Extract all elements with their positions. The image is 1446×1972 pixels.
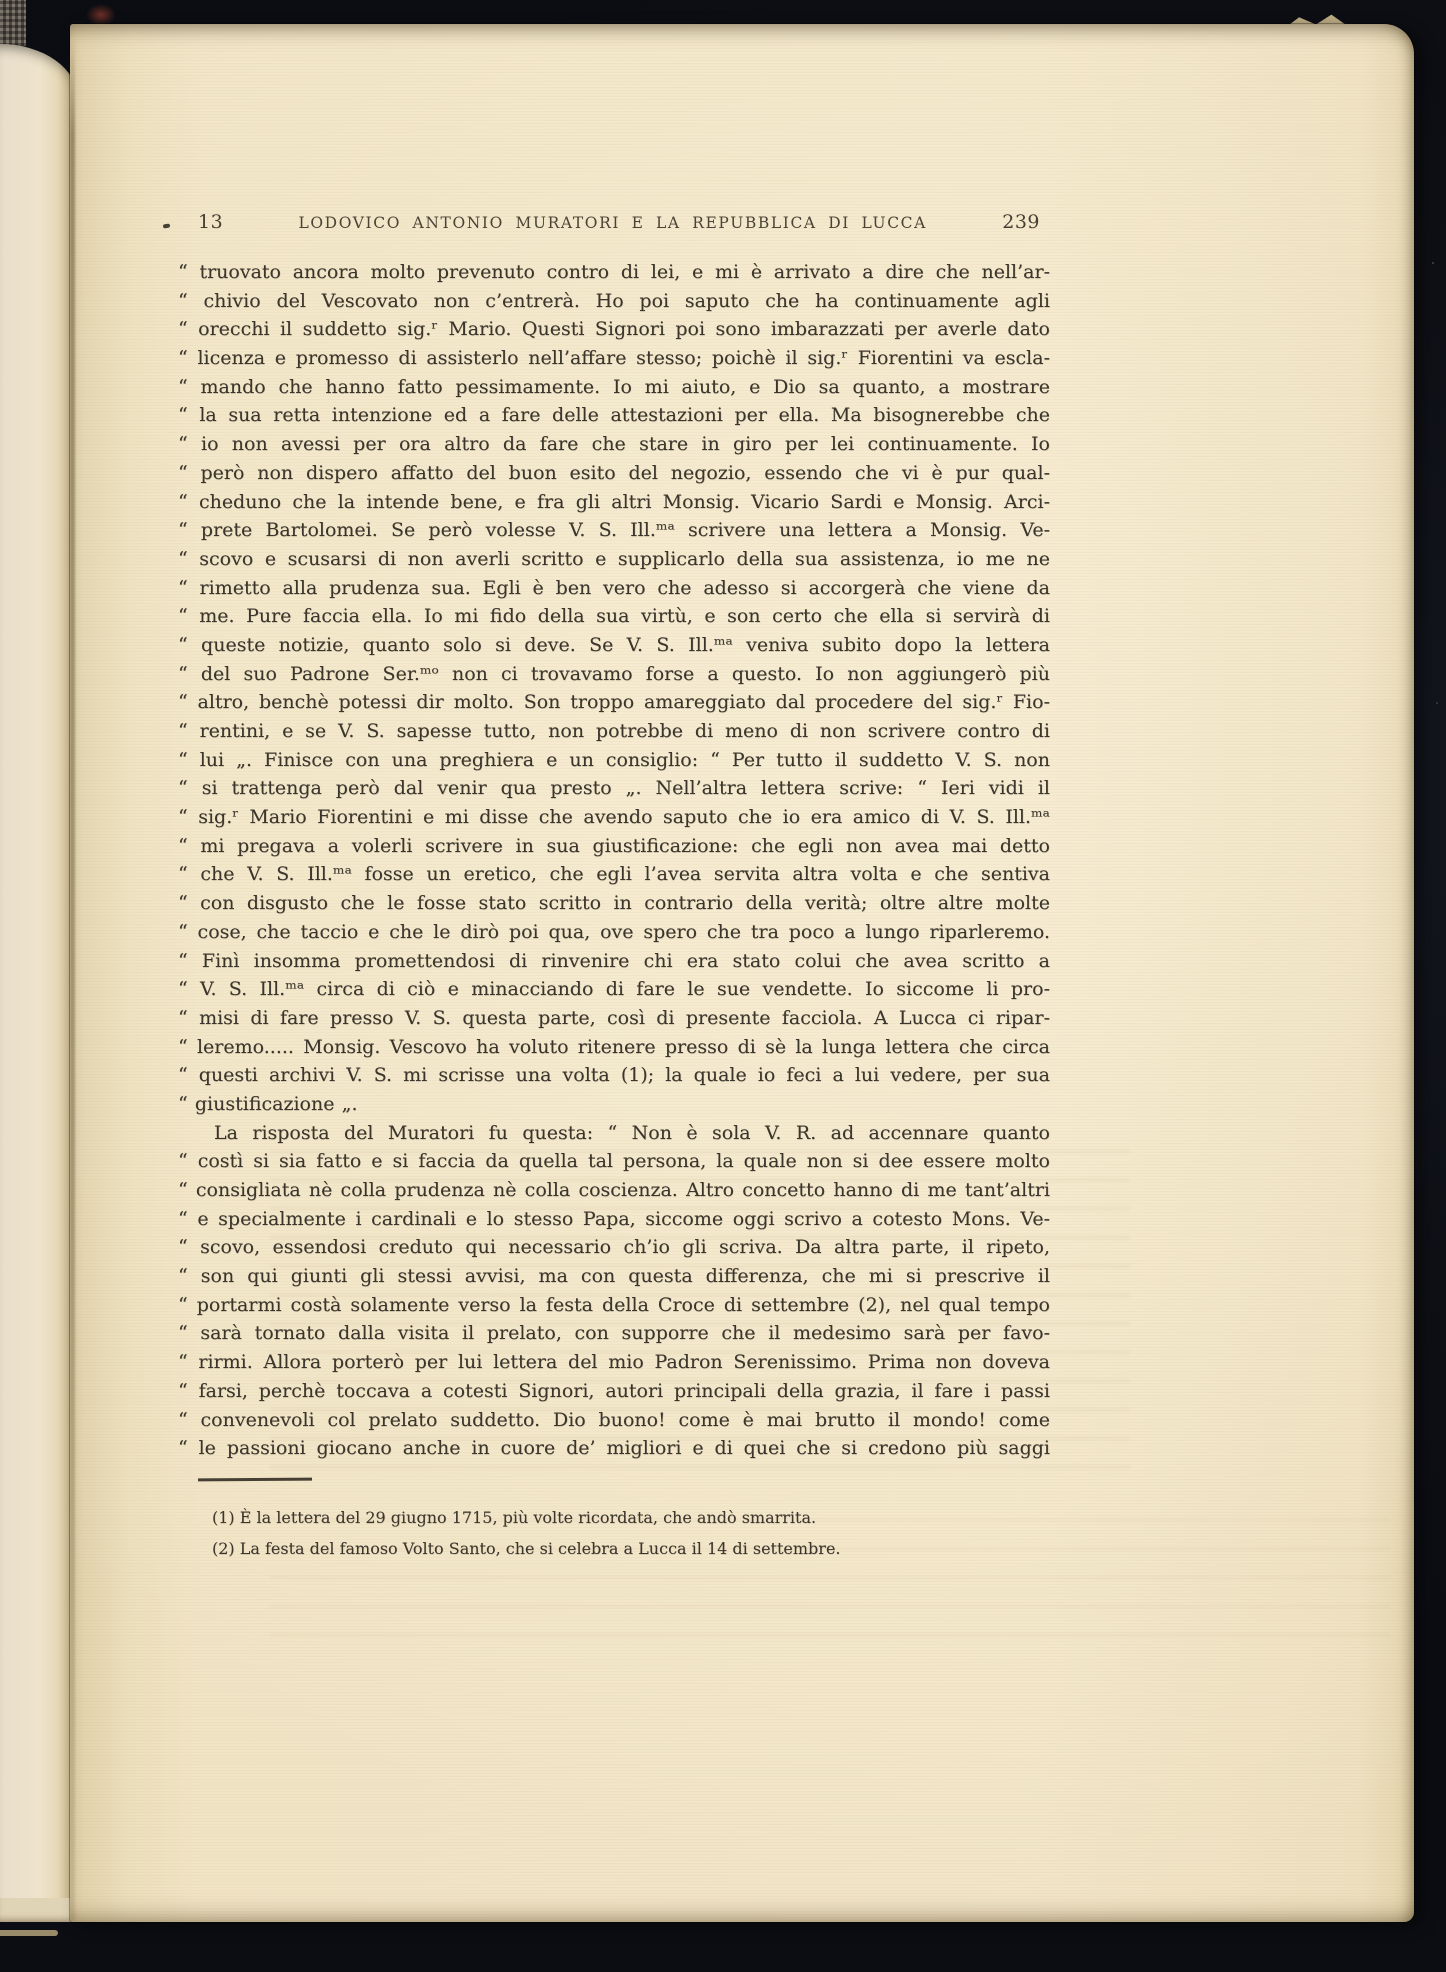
text-line-28: “ leremo..... Monsig. Vescovo ha voluto … [178, 1033, 1050, 1062]
text-line-7: “ io non avessi per ora altro da fare ch… [178, 430, 1050, 459]
dust-speck [1436, 702, 1438, 704]
text-line-11: “ scovo e scusarsi di non averli scritto… [178, 545, 1050, 574]
text-line-9: “ cheduno che la intende bene, e fra gli… [178, 488, 1050, 517]
book-page: 13 LODOVICO ANTONIO MURATORI E LA REPUBB… [70, 24, 1414, 1922]
footnote-separator-rule [198, 1478, 312, 1481]
text-line-27: “ misi di fare presso V. S. questa parte… [178, 1004, 1050, 1033]
text-line-29: “ questi archivi V. S. mi scrisse una vo… [178, 1061, 1050, 1090]
red-headband-mark [86, 4, 116, 26]
dust-speck [1432, 262, 1434, 264]
text-line-32: “ costì si sia fatto e si faccia da quel… [178, 1147, 1050, 1176]
binding-cloth-texture [0, 0, 26, 46]
text-line-3: “ orecchi il suddetto sig.ʳ Mario. Quest… [178, 315, 1050, 344]
text-line-20: “ sig.ʳ Mario Fiorentini e mi disse che … [178, 803, 1050, 832]
page-number-left: 13 [198, 211, 223, 233]
footnotes: (1) È la lettera del 29 giugno 1715, più… [212, 1503, 992, 1564]
text-line-5: “ mando che hanno fatto pessimamente. Io… [178, 373, 1050, 402]
text-line-38: “ sarà tornato dalla visita il prelato, … [178, 1319, 1050, 1348]
text-line-6: “ la sua retta intenzione ed a fare dell… [178, 401, 1050, 430]
text-line-18: “ lui „. Finisce con una preghiera e un … [178, 746, 1050, 775]
text-line-39: “ rirmi. Allora porterò per lui lettera … [178, 1348, 1050, 1377]
text-line-37: “ portarmi costà solamente verso la fest… [178, 1291, 1050, 1320]
running-header: 13 LODOVICO ANTONIO MURATORI E LA REPUBB… [198, 211, 1040, 233]
text-line-42: “ le passioni giocano anche in cuore de’… [178, 1434, 1050, 1463]
text-line-30: “ giustificazione „. [178, 1090, 1050, 1119]
text-line-16: “ altro, benchè potessi dir molto. Son t… [178, 688, 1050, 717]
text-line-8: “ però non dispero affatto del buon esit… [178, 459, 1050, 488]
text-line-31: La risposta del Muratori fu questa: “ No… [178, 1119, 1050, 1148]
scanned-book-photo: 13 LODOVICO ANTONIO MURATORI E LA REPUBB… [0, 0, 1446, 1972]
text-line-12: “ rimetto alla prudenza sua. Egli è ben … [178, 574, 1050, 603]
text-line-15: “ del suo Padrone Ser.ᵐᵒ non ci trovavam… [178, 660, 1050, 689]
text-line-13: “ me. Pure faccia ella. Io mi fido della… [178, 602, 1050, 631]
text-line-4: “ licenza e promesso di assisterlo nell’… [178, 344, 1050, 373]
page-stack-edge [0, 1930, 58, 1936]
body-text: “ truovato ancora molto prevenuto contro… [178, 258, 1050, 1463]
text-line-33: “ consigliata nè colla prudenza nè colla… [178, 1176, 1050, 1205]
previous-page-edge [0, 44, 78, 1920]
text-line-14: “ queste notizie, quanto solo si deve. S… [178, 631, 1050, 660]
text-line-25: “ Finì insomma promettendosi di rinvenir… [178, 947, 1050, 976]
text-line-19: “ si trattenga però dal venir qua presto… [178, 774, 1050, 803]
text-line-41: “ convenevoli col prelato suddetto. Dio … [178, 1406, 1050, 1435]
text-line-40: “ farsi, perchè toccava a cotesti Signor… [178, 1377, 1050, 1406]
text-line-36: “ son qui giunti gli stessi avvisi, ma c… [178, 1262, 1050, 1291]
gutter-crease-shadow [70, 40, 75, 1920]
text-line-2: “ chivio del Vescovato non c’entrerà. Ho… [178, 287, 1050, 316]
text-line-10: “ prete Bartolomei. Se però volesse V. S… [178, 516, 1050, 545]
text-line-22: “ che V. S. Ill.ᵐᵃ fosse un eretico, che… [178, 860, 1050, 889]
page-number-right: 239 [1002, 211, 1040, 233]
text-line-26: “ V. S. Ill.ᵐᵃ circa di ciò e minacciand… [178, 975, 1050, 1004]
running-title: LODOVICO ANTONIO MURATORI E LA REPUBBLIC… [298, 214, 926, 232]
text-line-21: “ mi pregava a volerli scrivere in sua g… [178, 832, 1050, 861]
text-line-1: “ truovato ancora molto prevenuto contro… [178, 258, 1050, 287]
text-line-23: “ con disgusto che le fosse stato scritt… [178, 889, 1050, 918]
footnote-2: (2) La festa del famoso Volto Santo, che… [212, 1534, 992, 1565]
text-line-17: “ rentini, e se V. S. sapesse tutto, non… [178, 717, 1050, 746]
text-line-34: “ e specialmente i cardinali e lo stesso… [178, 1205, 1050, 1234]
text-line-35: “ scovo, essendosi creduto qui necessari… [178, 1233, 1050, 1262]
ink-dot-artifact [163, 224, 170, 229]
footnote-1: (1) È la lettera del 29 giugno 1715, più… [212, 1503, 992, 1534]
text-line-24: “ cose, che taccio e che le dirò poi qua… [178, 918, 1050, 947]
